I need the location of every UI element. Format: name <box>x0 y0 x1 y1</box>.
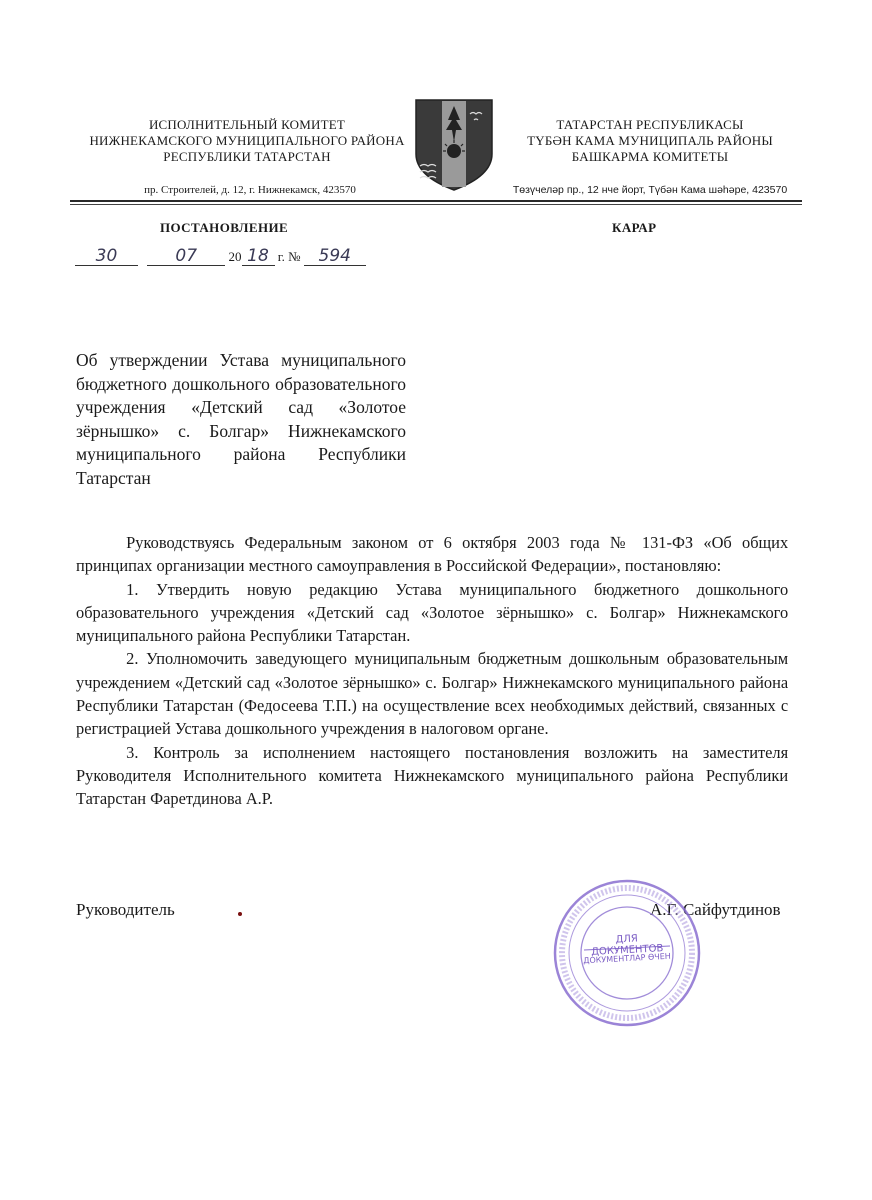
header-left-line: ИСПОЛНИТЕЛЬНЫЙ КОМИТЕТ <box>82 117 412 133</box>
header-right-line: ТҮБӘН КАМА МУНИЦИПАЛЬ РАЙОНЫ <box>500 133 800 149</box>
header-divider-thin <box>70 204 802 205</box>
official-stamp: ДЛЯ ДОКУМЕНТОВ ДОКУМЕНТЛАР ӨЧЕН <box>552 878 702 1028</box>
header-left-address: пр. Строителей, д. 12, г. Нижнекамск, 42… <box>105 184 395 196</box>
document-type-ru: ПОСТАНОВЛЕНИЕ <box>160 220 288 236</box>
header-right-address: Төзүчеләр пр., 12 нче йорт, Түбән Кама ш… <box>500 184 800 196</box>
date-year-suffix: 18 <box>242 247 275 266</box>
date-year-prefix: 20 <box>229 249 242 264</box>
document-body: Руководствуясь Федеральным законом от 6 … <box>76 531 788 811</box>
header-right-line: БАШКАРМА КОМИТЕТЫ <box>500 149 800 165</box>
coat-of-arms-icon <box>412 96 496 192</box>
date-number-label: г. № <box>278 249 301 264</box>
document-number: 594 <box>304 247 366 266</box>
header-right-line: ТАТАРСТАН РЕСПУБЛИКАСЫ <box>500 117 800 133</box>
date-day: 30 <box>75 247 138 266</box>
signature-mark <box>238 912 242 916</box>
header-left-line: РЕСПУБЛИКИ ТАТАРСТАН <box>82 149 412 165</box>
paragraph-preamble: Руководствуясь Федеральным законом от 6 … <box>76 531 788 578</box>
header-divider <box>70 200 802 202</box>
paragraph-item-3: 3. Контроль за исполнением настоящего по… <box>76 741 788 811</box>
paragraph-item-2: 2. Уполномочить заведующего муниципальны… <box>76 647 788 740</box>
signature-title: Руководитель <box>76 900 175 920</box>
header-left-org: ИСПОЛНИТЕЛЬНЫЙ КОМИТЕТ НИЖНЕКАМСКОГО МУН… <box>82 117 412 165</box>
date-line: 30 07 2018 г. № 594 <box>75 247 366 266</box>
document-subject: Об утверждении Устава муниципального бюд… <box>76 349 406 490</box>
date-month: 07 <box>147 247 225 266</box>
header-left-line: НИЖНЕКАМСКОГО МУНИЦИПАЛЬНОГО РАЙОНА <box>82 133 412 149</box>
paragraph-item-1: 1. Утвердить новую редакцию Устава муниц… <box>76 578 788 648</box>
document-type-tt: КАРАР <box>612 220 656 236</box>
header-right-org: ТАТАРСТАН РЕСПУБЛИКАСЫ ТҮБӘН КАМА МУНИЦИ… <box>500 117 800 165</box>
